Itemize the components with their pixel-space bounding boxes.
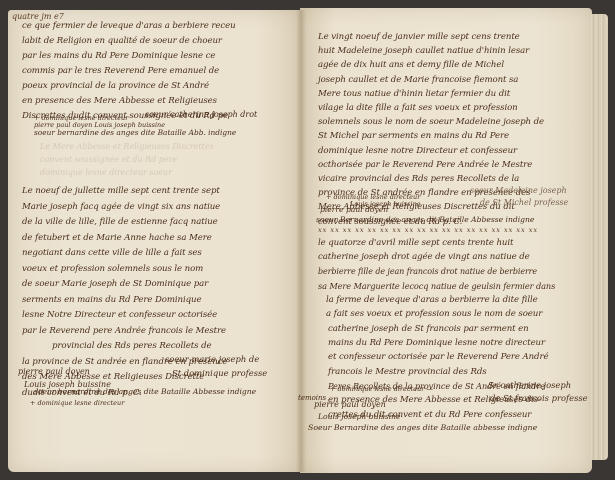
open-manuscript-book: quatre jm e7 ce que fermier de leveque d… [0, 0, 615, 480]
text-line: lesne Notre Directeur et confesseur octo… [22, 308, 227, 324]
text-line: en presence des Mere Abbesse et Religieu… [22, 94, 236, 109]
text-line: labit de Religion en qualité de soeur de… [22, 34, 236, 49]
signature-soeur-line-1: soeur marie joseph de [165, 354, 259, 364]
text-line: St Michel par serments en mains du Rd Pe… [318, 129, 544, 143]
signature-directeur: + dominique lesne directeur — [330, 385, 433, 394]
signature-abbesse: soeur bernardine des anges dite Bataille… [34, 387, 256, 396]
signature-soeur-line-2: St dominique professe [172, 368, 267, 378]
text-line: Marie joseph facq agée de vingt six ans … [22, 200, 227, 216]
signature-soeur-line-2: de St francois professe [490, 393, 588, 403]
book-gutter [296, 10, 306, 472]
text-line: ce que fermier de leveque d'aras a berbi… [22, 19, 236, 34]
text-line: par les mains du Rd Pere Dominique lesne… [22, 49, 236, 64]
text-line: Le vingt noeuf de janvier mille sept cen… [318, 30, 544, 44]
text-line: catherine joseph drot agée de vingt ans … [318, 250, 555, 264]
left-entry-1-text: ce que fermier de leveque d'aras a berbi… [22, 19, 236, 124]
signature-soeur-line-1: Sr catherine joseph [488, 380, 571, 390]
text-line: mains du Rd Pere Dominique lesne notre d… [318, 336, 555, 350]
text-line: vicaire provincial des Rds peres Recolle… [318, 172, 544, 186]
bleed-through-text: Le Mere Abbesse et Religieuses Discrette… [40, 140, 214, 179]
text-line: huit Madeleine joseph caullet natiue d'h… [318, 44, 544, 58]
signature-soeur-line-1: soeur Madeleine joseph [470, 186, 567, 195]
text-line: de soeur Marie joseph de St Dominique pa… [22, 277, 227, 293]
text-line: solemnels sous le nom de soeur Madeleine… [318, 115, 544, 129]
signature-directeur: + dominique lesne directeur [30, 399, 124, 408]
text-line: berbierre fille de jean francois drot na… [318, 265, 555, 279]
signature-abbesse: soeur bernardine des anges dite Bataille… [34, 128, 236, 137]
text-line: provincial des Rds peres Recollets de [22, 339, 227, 355]
text-line: le quatorze d'avril mille sept cents tre… [318, 236, 555, 250]
signature-witness-buissine: Louis joseph buissine [318, 412, 401, 421]
signature-soeur-line-2: de St Michel professe [480, 198, 568, 207]
text-line: octhorisée par le Reverend Pere Andrée l… [318, 158, 544, 172]
text-line: agée de dix huit ans et demy fille de Mi… [318, 58, 544, 72]
signature-witness-doyen: pierre paul doyen [18, 367, 90, 376]
text-line: Le noeuf de jullette mille sept cent tre… [22, 184, 227, 200]
text-line: commis par le tres Reverend Pere emanuel… [22, 64, 236, 79]
text-line: a fait ses voeux et profession sous le n… [318, 307, 555, 321]
text-line: la ferme de leveque d'aras a berbierre l… [318, 293, 555, 307]
text-line: joseph caullet et de Marie francoise fie… [318, 73, 544, 87]
text-line: serments en mains du Rd Pere Dominique [22, 293, 227, 309]
text-line: par le Reverend pere Andrée francois le … [22, 324, 227, 340]
signature-abbesse: soeur Bernardine des anges dit Bataille … [316, 215, 534, 224]
signature-witness-doyen: pierre paul doyen [320, 205, 388, 214]
text-line: dominique lesne notre Directeur et confe… [318, 144, 544, 158]
text-line: francois le Mestre provincial des Rds [318, 365, 555, 379]
signature-abbesse: Soeur Bernardine des anges dite Bataille… [308, 423, 537, 432]
text-line: de la ville de lille, fille de estienne … [22, 215, 227, 231]
signature-soeur: soeur catherine joseph drot [145, 110, 257, 119]
text-line: voeux et profession solemnels sous le no… [22, 262, 227, 278]
text-line: poeux provincial de la province de St An… [22, 79, 236, 94]
text-line: Mere tous natiue d'hinin lietar fermier … [318, 87, 544, 101]
text-line: catherine joseph de St francois par serm… [318, 322, 555, 336]
page-edges [590, 14, 608, 460]
text-line: negotiant dans cette ville de lille a fa… [22, 246, 227, 262]
signature-witness-doyen: pierre paul doyen [314, 400, 386, 409]
text-line: sa Mere Marguerite lecocq natiue de geul… [318, 279, 555, 293]
text-line: vilage la dite fille a fait ses voeux et… [318, 101, 544, 115]
text-line: et confesseur octorisée par le Reverend … [318, 350, 555, 364]
text-line: de fetubert et de Marie Anne hache sa Me… [22, 231, 227, 247]
entry-separator: xx xx xx xx xx xx xx xx xx xx xx xx xx x… [318, 226, 538, 234]
